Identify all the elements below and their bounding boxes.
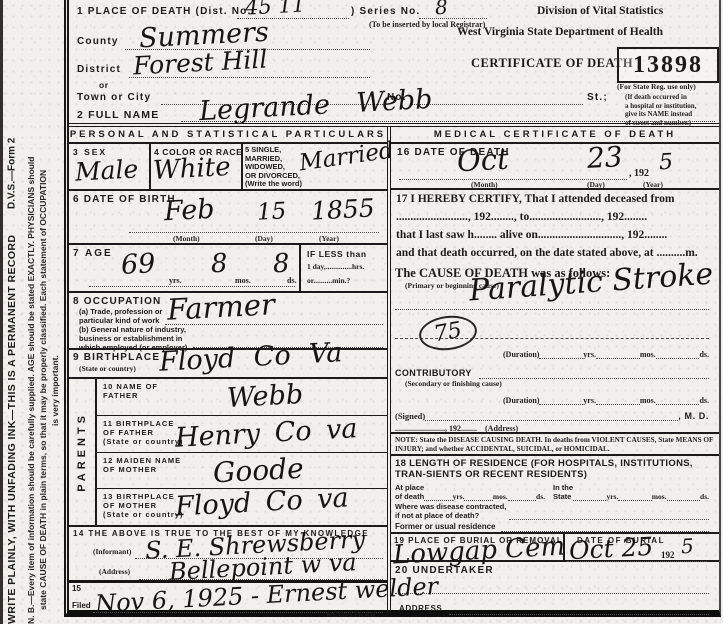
personal-section-title: PERSONAL AND STATISTICAL PARTICULARS — [69, 127, 387, 144]
occupation-label: 8 OCCUPATION — [73, 296, 161, 307]
duration-caption: (Duration) — [503, 350, 539, 359]
dob-label: 6 DATE OF BIRTH — [73, 194, 176, 205]
birthplace-value: Floyd Co Va — [158, 339, 343, 376]
burial-year-printed: 192 — [661, 550, 675, 560]
margin-note-nb: N. B.—Every item of information should b… — [25, 0, 61, 624]
certify-line-2: ........................., 192........, … — [391, 208, 719, 226]
mother-birthplace-value: Floyd Co va — [174, 485, 349, 521]
age-mos-caption: mos. — [235, 276, 251, 285]
in-state-ds: ds. — [700, 492, 709, 501]
filed-label: Filed — [72, 601, 91, 610]
birthplace-row: 9 BIRTHPLACE (State or country) Floyd Co… — [69, 350, 387, 379]
dob-month-caption: (Month) — [173, 234, 200, 243]
dob-day-caption: (Day) — [255, 234, 273, 243]
dod-year-hand: 5 — [658, 152, 673, 175]
form-header-section: 1 PLACE OF DEATH (Dist. No. 45 11 ) Seri… — [69, 0, 719, 127]
margin-note-permanent-record: WRITE PLAINLY, WITH UNFADING INK—THIS IS… — [6, 0, 18, 624]
at-place-label: At place of death — [395, 484, 424, 501]
full-name-label: 2 FULL NAME — [77, 109, 159, 121]
undertaker-address-line — [449, 613, 709, 615]
in-state-line: In the State yrs. mos. ds. — [553, 484, 709, 501]
date-of-death-row: 16 DATE OF DEATH Oct 23 , 192 5 (Month) … — [391, 144, 719, 190]
or-label: or — [99, 80, 109, 90]
registrar-caption: REGISTRAR. — [327, 610, 379, 619]
certificate-number: 13898 — [633, 52, 703, 79]
place-of-death-label: 1 PLACE OF DEATH (Dist. No. — [77, 6, 251, 17]
informant-caption: (Informant) — [93, 547, 131, 556]
father-name-row: 10 NAME OF FATHER Webb — [97, 379, 387, 416]
district-value: Forest Hill — [132, 47, 268, 79]
state-reg-note: (For State Reg. use only) — [617, 82, 696, 91]
contributory-label: CONTRIBUTORY — [395, 368, 472, 378]
race-value: White — [152, 154, 231, 184]
undertaker-block: 20 UNDERTAKER ADDRESS — [391, 562, 719, 619]
age-yrs-caption: yrs. — [169, 276, 182, 285]
signed-line: (Signed) , M. D. — [395, 410, 709, 421]
in-state-mos: mos. — [652, 492, 667, 501]
dod-year-printed: , 192 — [629, 168, 649, 179]
if-less-label: IF LESS than — [307, 249, 367, 259]
duration2-ds: ds. — [699, 396, 709, 405]
signed-label: (Signed) — [395, 411, 425, 421]
undertaker-line — [395, 592, 709, 594]
form-columns: PERSONAL AND STATISTICAL PARTICULARS 3 S… — [69, 127, 719, 613]
mother-birthplace-row: 13 BIRTHPLACE OF MOTHER (State or countr… — [97, 489, 387, 525]
at-place-mos: mos. — [493, 492, 508, 501]
department-title: West Virginia State Department of Health — [457, 26, 663, 38]
informant-row: 14 THE ABOVE IS TRUE TO THE BEST OF MY K… — [69, 527, 387, 583]
informant-address-caption: (Address) — [99, 567, 130, 576]
duration-line-primary: (Duration) yrs. mos. ds. — [503, 348, 709, 359]
duration-ds: ds. — [699, 350, 709, 359]
dod-year-caption: (Year) — [643, 180, 663, 189]
medical-section-title: MEDICAL CERTIFICATE OF DEATH — [391, 127, 719, 144]
father-birthplace-value: Henry Co va — [174, 415, 358, 452]
dob-year-caption: (Year) — [319, 234, 339, 243]
duration-yrs: yrs. — [583, 350, 596, 359]
in-state-label: In the State — [553, 484, 573, 501]
marital-value: Married — [298, 140, 395, 176]
occupation-a-label: (a) Trade, profession or particular kind… — [79, 307, 162, 325]
father-birthplace-row: 11 BIRTHPLACE OF FATHER (State or countr… — [97, 416, 387, 453]
certificate-form: 1 PLACE OF DEATH (Dist. No. 45 11 ) Seri… — [64, 0, 721, 617]
residence-block: 18 LENGTH OF RESIDENCE (FOR HOSPITALS, I… — [391, 456, 719, 532]
dob-day-value: 15 — [256, 200, 286, 225]
parents-label: PARENTS — [76, 412, 88, 492]
duration2-caption: (Duration) — [503, 396, 539, 405]
dod-month-value: Oct — [456, 145, 509, 177]
district-number-value: 45 11 — [244, 0, 305, 19]
father-name-label: 10 NAME OF FATHER — [103, 382, 158, 400]
at-place-ds: ds. — [536, 492, 545, 501]
division-title: Division of Vital Statistics — [537, 5, 663, 17]
mother-birthplace-label: 13 BIRTHPLACE OF MOTHER (State or countr… — [103, 492, 184, 519]
dod-month-caption: (Month) — [471, 180, 498, 189]
mother-name-value: Goode — [212, 454, 304, 487]
margin-form-number: D.V.S.—Form 2 — [7, 137, 18, 208]
filed-item-number: 15 — [72, 584, 81, 593]
date-of-birth-row: 6 DATE OF BIRTH Feb 15 1855 (Month) (Day… — [69, 191, 387, 245]
residence-label: 18 LENGTH OF RESIDENCE (FOR HOSPITALS, I… — [391, 456, 719, 482]
contributory-line — [479, 377, 709, 379]
county-label: County — [77, 36, 119, 47]
cause-of-death-block: The CAUSE OF DEATH was as follows: (Prim… — [391, 264, 719, 432]
series-number-line — [419, 17, 487, 19]
personal-column: PERSONAL AND STATISTICAL PARTICULARS 3 S… — [69, 127, 391, 613]
circled-number-value: 75 — [432, 320, 463, 347]
divider — [149, 144, 151, 189]
certify-line-1: 17 I HEREBY CERTIFY, That I attended dec… — [391, 190, 719, 208]
medical-column: MEDICAL CERTIFICATE OF DEATH 16 DATE OF … — [391, 127, 719, 613]
town-no-line — [411, 103, 583, 105]
marital-label: 5 SINGLE, MARRIED, WIDOWED, OR DIVORCED,… — [245, 146, 302, 189]
occupation-value: Farmer — [166, 290, 275, 325]
undertaker-address-label: ADDRESS — [399, 604, 442, 613]
note-block: NOTE: State the DISEASE CAUSING DEATH. I… — [391, 432, 719, 456]
if-less-min-label: or..........min.? — [307, 277, 350, 286]
filed-row: 15 Filed Nov 6, 1925 - Ernest welder REG… — [69, 583, 387, 619]
at-place-yrs: yrs. — [453, 492, 465, 501]
contracted-line — [509, 518, 709, 520]
parents-side-label-cell: PARENTS — [69, 379, 97, 525]
dod-day-caption: (Day) — [587, 180, 605, 189]
district-label: District — [77, 64, 121, 75]
contracted-label: Where was disease contracted, if not at … — [395, 503, 506, 520]
town-label: Town or City — [77, 92, 151, 103]
age-months-value: 8 — [210, 251, 228, 278]
age-label: 7 AGE — [73, 248, 113, 259]
dob-month-value: Feb — [163, 196, 215, 226]
sex-race-marital-row: 3 SEX 4 COLOR OR RACE 5 SINGLE, MARRIED,… — [69, 144, 387, 191]
circled-number: 75 — [417, 313, 479, 354]
mother-name-label: 12 MAIDEN NAME OF MOTHER — [103, 456, 181, 474]
burial-row: 19 PLACE OF BURIAL OR REMOVAL Lowgap Cem… — [391, 532, 719, 562]
age-years-value: 69 — [120, 250, 156, 279]
burial-date-value: Oct 25 — [568, 534, 654, 563]
dob-year-value: 1855 — [310, 195, 375, 223]
series-number-value: 8 — [434, 0, 448, 17]
certificate-number-box: 13898 — [617, 47, 719, 83]
cause-line — [395, 308, 709, 310]
death-certificate-scan: WRITE PLAINLY, WITH UNFADING INK—THIS IS… — [0, 0, 723, 624]
certify-block: 17 I HEREBY CERTIFY, That I attended dec… — [391, 190, 719, 264]
father-birthplace-label: 11 BIRTHPLACE OF FATHER (State or countr… — [103, 419, 184, 446]
md-label: , M. D. — [678, 411, 709, 421]
dod-day-value: 23 — [586, 143, 623, 173]
certificate-title: CERTIFICATE OF DEATH — [471, 56, 633, 71]
in-state-yrs: yrs. — [606, 492, 618, 501]
duration2-mos: mos. — [640, 396, 656, 405]
contributory-caption: (Secondary or finishing cause) — [405, 379, 502, 388]
if-less-hrs-label: 1 day,..............hrs. — [307, 263, 364, 272]
age-days-value: 8 — [272, 251, 290, 278]
dob-line — [129, 231, 379, 233]
street-label: St.; — [587, 92, 608, 103]
birthplace-label: 9 BIRTHPLACE — [73, 352, 160, 363]
margin-permanent-record-text: WRITE PLAINLY, WITH UNFADING INK—THIS IS… — [6, 235, 18, 624]
birthplace-caption: (State or country) — [79, 364, 136, 373]
at-place-line: At place of death yrs. mos. ds. — [395, 484, 545, 501]
former-residence-label: Former or usual residence — [395, 522, 495, 531]
certify-line-3: that I last saw h........ alive on......… — [391, 226, 719, 244]
parents-block: PARENTS 10 NAME OF FATHER Webb 11 BIRTHP… — [69, 379, 387, 527]
burial-date-cell: DATE OF BURIAL Oct 25 192 5 — [565, 534, 719, 560]
duration2-yrs: yrs. — [583, 396, 596, 405]
age-row: 7 AGE 69 yrs. 8 mos. 8 ds. IF LESS than … — [69, 245, 387, 293]
note-text: NOTE: State the DISEASE CAUSING DEATH. I… — [391, 434, 719, 455]
burial-place-cell: 19 PLACE OF BURIAL OR REMOVAL Lowgap Cem — [391, 534, 565, 560]
duration-line-secondary: (Duration) yrs. mos. ds. — [503, 394, 709, 405]
divider — [299, 245, 301, 291]
burial-year-hand: 5 — [680, 536, 694, 557]
sex-value: Male — [74, 156, 139, 184]
father-name-value: Webb — [226, 381, 303, 412]
series-label: ) Series No. — [351, 6, 420, 17]
duration-mos: mos. — [640, 350, 656, 359]
